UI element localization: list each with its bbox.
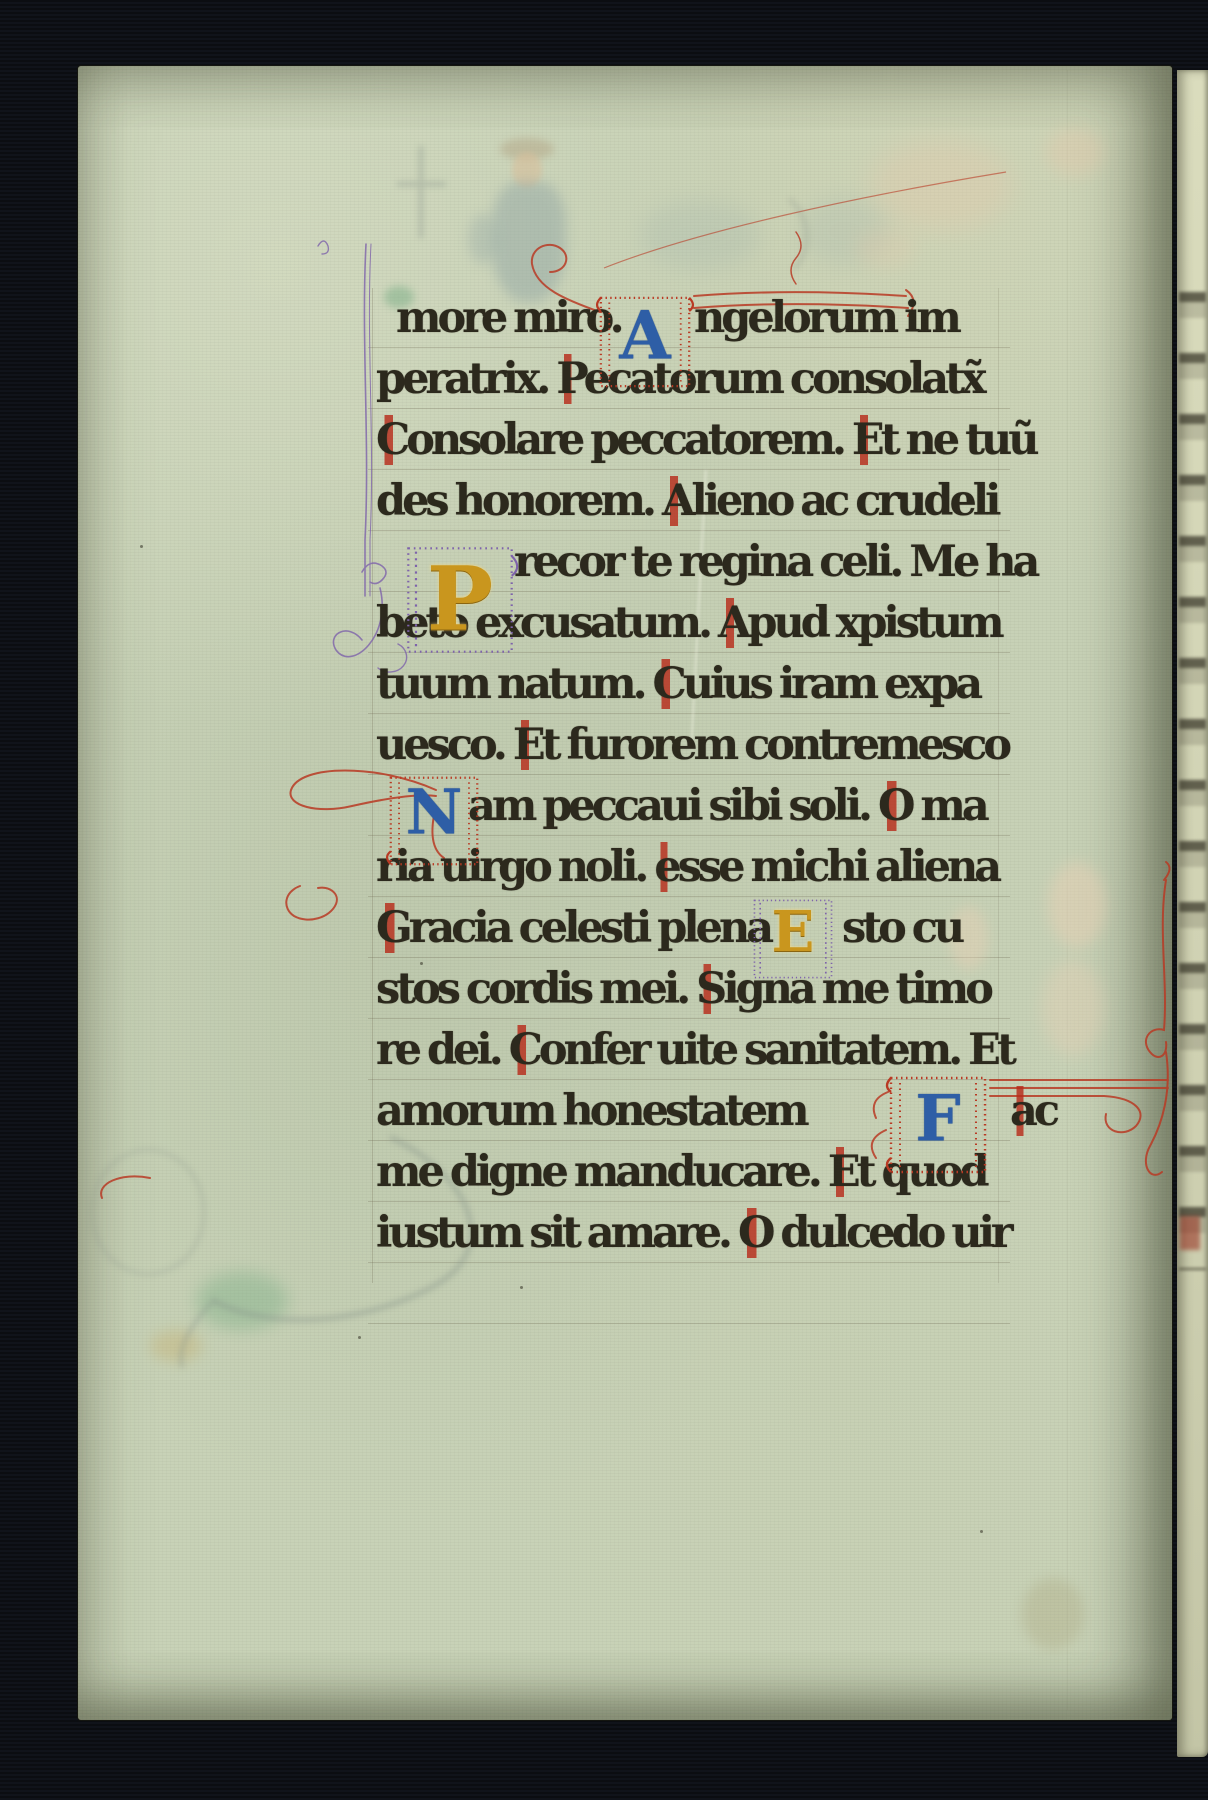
ink-speck: [140, 545, 143, 548]
illuminated-initial-F: F: [888, 1075, 988, 1169]
initial-letter: P: [427, 555, 493, 643]
ruling-vertical-margin: [1067, 70, 1068, 1710]
illuminated-initial-E: E: [752, 898, 834, 970]
ink-speck: [980, 1530, 983, 1533]
next-folio-edge: [1177, 70, 1208, 1757]
next-folio-blurred-text: [1179, 292, 1206, 1270]
illuminated-initial-P: P: [405, 545, 515, 631]
initial-letter: A: [619, 302, 670, 368]
illuminated-initial-A: A: [598, 295, 692, 381]
initial-letter: E: [772, 904, 815, 960]
illuminated-initial-N: N: [388, 775, 480, 855]
ink-speck: [358, 1336, 361, 1339]
next-folio-rubric: [1180, 1216, 1200, 1250]
photograph-backdrop: more miro.ngelorum imperatrix. Pecatorum…: [0, 0, 1208, 1800]
initial-letter: N: [406, 782, 463, 844]
initial-letter: F: [915, 1087, 960, 1151]
